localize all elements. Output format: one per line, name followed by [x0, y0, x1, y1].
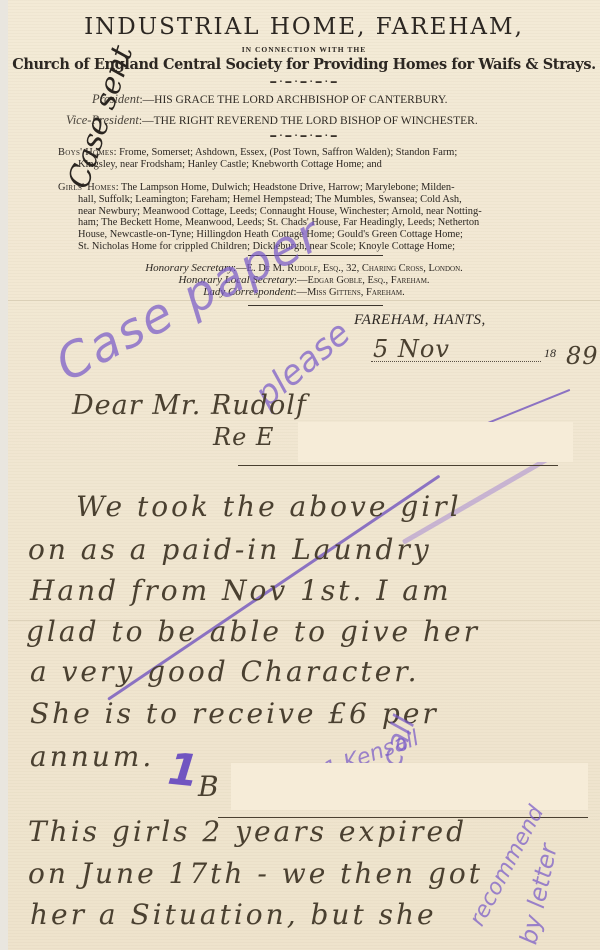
redaction-box: [298, 422, 573, 462]
body-line: She is to receive £6 per: [30, 697, 439, 730]
letter-page: INDUSTRIAL HOME, FAREHAM, IN CONNECTION …: [8, 0, 600, 950]
lady-correspondent-name: :—Miss Gittens, Fareham.: [294, 287, 405, 298]
hon-local-secretary-name: :—Edgar Goble, Esq., Fareham.: [294, 275, 429, 286]
body-line: We took the above girl: [76, 490, 462, 523]
letter-place: FAREHAM, HANTS,: [354, 312, 486, 329]
girls-homes-line: : The Lampson Home, Dulwich; Headstone D…: [116, 182, 455, 193]
girls-homes-line: near Newbury; Meanwood Cottage, Leeds; C…: [58, 206, 578, 218]
redaction-box: [231, 763, 588, 810]
lady-correspondent-line: Lady Correspondent:—Miss Gittens, Fareha…: [8, 286, 600, 300]
year-prefix: 18: [544, 346, 556, 361]
boys-homes-line: Kingsley, near Frodsham; Hanley Castle; …: [58, 159, 578, 171]
boys-homes-line: : Frome, Somerset; Ashdown, Essex, (Post…: [114, 147, 458, 158]
body-line: on as a paid-in Laundry: [28, 533, 432, 566]
body-line: her a Situation, but she: [30, 898, 437, 931]
body-line: glad to be able to give her: [26, 615, 480, 648]
girls-homes-line: hall, Suffolk; Leamington; Fareham; Heme…: [58, 194, 578, 206]
b-marker: B: [198, 770, 220, 803]
vice-president-line: Vice-President:—THE RIGHT REVEREND THE L…: [66, 113, 478, 128]
handwritten-date: 5 Nov: [373, 335, 450, 363]
boys-homes-list: Boys' Homes: Frome, Somerset; Ashdown, E…: [58, 147, 578, 171]
vice-president-name: :—THE RIGHT REVEREND THE LORD BISHOP OF …: [139, 115, 478, 127]
handwritten-year: 89.: [566, 342, 600, 370]
purple-annotation-number: 1: [165, 744, 201, 798]
body-line: annum.: [30, 740, 154, 773]
paper-fold-line: [8, 300, 600, 301]
girls-homes-line: ham; The Beckett Home, Meanwood, Leeds; …: [58, 217, 578, 229]
body-line: This girls 2 years expired: [28, 815, 467, 848]
body-line: a very good Character.: [30, 655, 420, 688]
salutation: Dear Mr. Rudolf: [72, 390, 307, 421]
re-underline: [238, 465, 558, 466]
president-name: :—HIS GRACE THE LORD ARCHBISHOP OF CANTE…: [139, 94, 447, 106]
divider-rule: [248, 305, 383, 306]
president-line: President:—HIS GRACE THE LORD ARCHBISHOP…: [92, 92, 448, 107]
letterhead-title: INDUSTRIAL HOME, FAREHAM,: [8, 14, 600, 40]
letterhead-subtitle: IN CONNECTION WITH THE: [8, 45, 600, 54]
re-line: Re E: [213, 423, 274, 451]
body-line: Hand from Nov 1st. I am: [30, 574, 452, 607]
body-line: on June 17th - we then got: [28, 857, 483, 890]
